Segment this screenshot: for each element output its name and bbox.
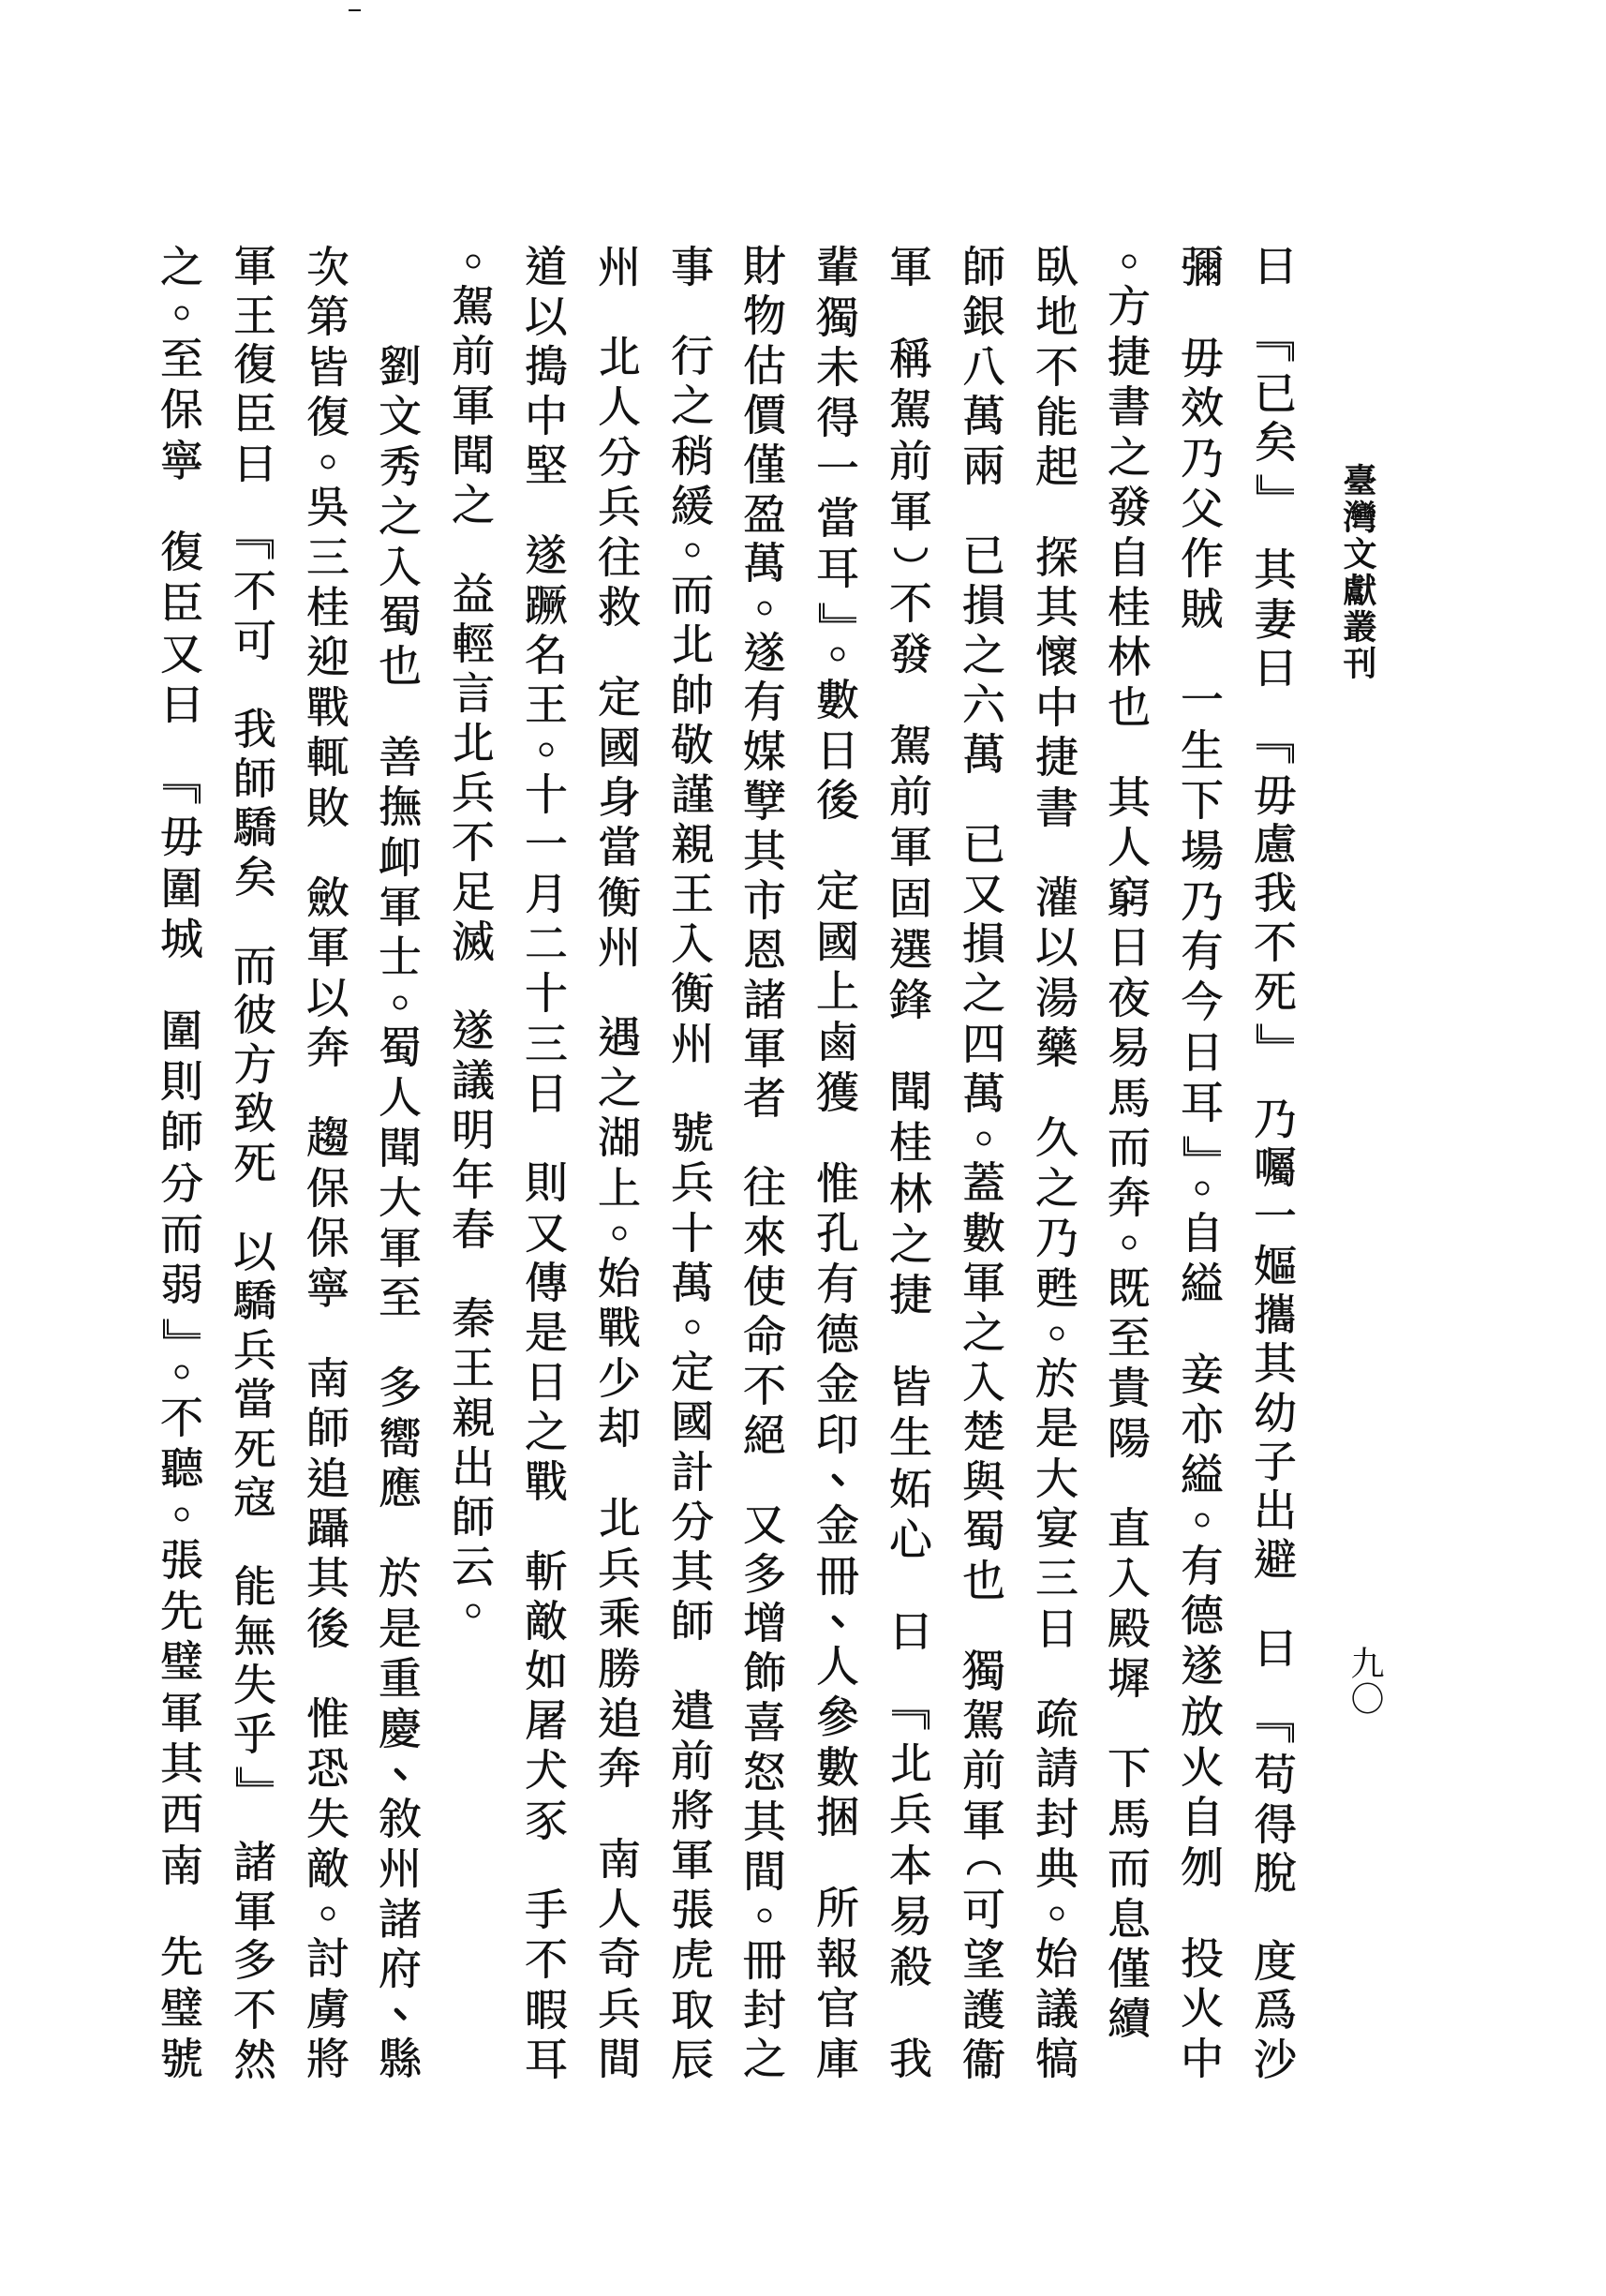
glyph: 官 — [809, 1984, 867, 2035]
glyph: 南 — [590, 1834, 648, 1884]
glyph: 今 — [1173, 977, 1231, 1027]
glyph: 惟 — [299, 1693, 357, 1743]
punctuation-mark: ， — [371, 692, 429, 732]
punctuation-mark: ， — [1100, 1463, 1158, 1503]
glyph: 自 — [1173, 1793, 1231, 1843]
glyph: 州 — [371, 1844, 429, 1894]
glyph: 媒 — [736, 727, 794, 777]
punctuation-mark: 。 — [371, 982, 429, 1022]
glyph: 虎 — [663, 1935, 721, 1985]
glyph: 州 — [590, 923, 648, 973]
punctuation-mark: ； — [153, 1891, 211, 1931]
glyph: 日 — [1028, 1603, 1086, 1653]
glyph: 死 — [226, 1424, 284, 1473]
glyph: 三 — [1028, 1554, 1086, 1603]
glyph: 耳 — [809, 544, 867, 594]
punctuation-mark: ， — [444, 529, 502, 569]
glyph: 直 — [1100, 1503, 1158, 1553]
glyph: 府 — [371, 1945, 429, 1994]
glyph: 刎 — [1173, 1842, 1231, 1893]
glyph: 爲 — [1246, 1986, 1304, 2035]
glyph: 而 — [1100, 1843, 1158, 1893]
glyph: 復 — [153, 527, 211, 577]
text-column-2: 彌；毋效乃父作賊，一生下場乃有今日耳』。自縊；妾亦縊。有德遂放火自刎，投火中 — [1173, 242, 1231, 2084]
punctuation-mark: ； — [590, 633, 648, 673]
text-column-13-paragraph-start: 劉文秀之入蜀也，善撫卹軍士。蜀人聞大軍至，多嚮應；於是重慶、敘州諸府、縣 — [371, 242, 429, 2084]
glyph: 不 — [1028, 342, 1086, 392]
glyph: 追 — [299, 1454, 357, 1503]
glyph: 人 — [809, 1641, 867, 1692]
glyph: 縣 — [371, 2035, 429, 2084]
glyph: 桂 — [882, 1117, 940, 1168]
glyph: 身 — [590, 772, 648, 822]
glyph: 也 — [1100, 682, 1158, 732]
glyph: 州 — [590, 242, 648, 291]
glyph: 子 — [1246, 1438, 1304, 1486]
glyph: 耳 — [517, 2035, 575, 2084]
glyph: 獲 — [809, 1067, 867, 1118]
glyph: 乘 — [590, 1593, 648, 1643]
punctuation-mark: ， — [371, 1323, 429, 1364]
glyph: 趨 — [299, 1113, 357, 1163]
glyph: 續 — [1100, 1994, 1158, 2044]
glyph: 不 — [1246, 918, 1304, 967]
punctuation-mark: ： — [882, 1657, 940, 1697]
glyph: 怒 — [736, 1747, 794, 1797]
punctuation-mark: 。 — [663, 1307, 721, 1348]
glyph: 少 — [590, 1353, 648, 1403]
glyph: 懷 — [1028, 633, 1086, 682]
glyph: 毋 — [1246, 771, 1304, 820]
glyph: 墀 — [1100, 1653, 1158, 1703]
glyph: 不 — [517, 1935, 575, 1985]
glyph: 使 — [736, 1262, 794, 1312]
glyph: 前 — [444, 331, 502, 380]
glyph: 遂 — [444, 1006, 502, 1055]
glyph: 其 — [1100, 772, 1158, 822]
glyph: 疏 — [1028, 1693, 1086, 1743]
glyph: 馬 — [1100, 1794, 1158, 1843]
glyph: 國 — [590, 723, 648, 772]
punctuation-mark: ， — [882, 1025, 940, 1066]
glyph: 計 — [663, 1447, 721, 1497]
glyph: 前 — [882, 435, 940, 485]
glyph: 兵 — [226, 1325, 284, 1375]
glyph: 皆 — [299, 342, 357, 392]
glyph: 又 — [736, 1499, 794, 1549]
glyph: 文 — [371, 391, 429, 440]
running-head-title: 臺灣文獻叢刊 — [1340, 463, 1376, 682]
glyph: 我 — [882, 2034, 940, 2084]
glyph: 保 — [299, 1213, 357, 1262]
glyph: 息 — [1100, 1894, 1158, 1944]
glyph: 親 — [444, 1393, 502, 1442]
glyph: 多 — [371, 1363, 429, 1412]
glyph: 孼 — [736, 777, 794, 827]
punctuation-mark: ， — [299, 1653, 357, 1693]
glyph: 萬 — [955, 391, 1013, 440]
glyph: 選 — [882, 924, 940, 975]
glyph: 增 — [736, 1599, 794, 1648]
glyph: 蜀 — [371, 591, 429, 641]
glyph: 已 — [955, 530, 1013, 580]
glyph: 蹶 — [517, 580, 575, 630]
glyph: 我 — [1246, 869, 1304, 917]
punctuation-mark: 』 — [226, 1759, 284, 1798]
glyph: 鋒 — [882, 975, 940, 1025]
glyph: 圍 — [153, 1006, 211, 1056]
glyph: 應 — [371, 1463, 429, 1513]
glyph: 堅 — [517, 441, 575, 491]
glyph: 屠 — [517, 1696, 575, 1746]
glyph: 奔 — [1100, 1173, 1158, 1223]
glyph: 僅 — [736, 440, 794, 489]
glyph: 聞 — [371, 1123, 429, 1172]
glyph: 取 — [663, 1985, 721, 2035]
glyph: 我 — [226, 705, 284, 754]
punctuation-mark: 』 — [1173, 1127, 1231, 1168]
glyph: 藥 — [1028, 1022, 1086, 1072]
glyph: 桂 — [1100, 582, 1158, 632]
glyph: 北 — [590, 332, 648, 381]
glyph: 避 — [1246, 1535, 1304, 1584]
punctuation-mark: ， — [517, 1118, 575, 1158]
glyph: 死 — [226, 1139, 284, 1188]
punctuation-mark: ； — [371, 1513, 429, 1554]
punctuation-mark: ， — [517, 1845, 575, 1886]
glyph: 二 — [517, 919, 575, 969]
punctuation-mark: 』 — [153, 1311, 211, 1351]
glyph: 第 — [299, 291, 357, 341]
punctuation-mark: ， — [1246, 1898, 1304, 1937]
punctuation-mark: ： — [1246, 693, 1304, 732]
glyph: 師 — [444, 1492, 502, 1542]
glyph: 兵 — [444, 768, 502, 817]
glyph: 軍 — [736, 1024, 794, 1074]
glyph: 稱 — [882, 334, 940, 384]
punctuation-mark: ， — [809, 826, 867, 866]
punctuation-mark: ！ — [226, 665, 284, 705]
glyph: 苟 — [1246, 1751, 1304, 1799]
glyph: 之 — [663, 381, 721, 431]
glyph: 投 — [1173, 1933, 1231, 1984]
glyph: 銀 — [955, 291, 1013, 341]
punctuation-mark: ， — [1028, 1073, 1086, 1113]
glyph: 其 — [153, 1738, 211, 1789]
glyph: 彼 — [226, 991, 284, 1040]
punctuation-mark: 。 — [1173, 1500, 1231, 1541]
punctuation-mark: 『 — [1246, 732, 1304, 771]
glyph: 西 — [153, 1789, 211, 1840]
text-column-3: 。方捷書之發自桂林也，其人窮日夜易馬而奔。既至貴陽，直入殿墀，下馬而息僅續， — [1100, 242, 1158, 2084]
punctuation-mark: 。 — [955, 1118, 1013, 1158]
glyph: 三 — [299, 532, 357, 582]
glyph: 復 — [299, 392, 357, 441]
glyph: 分 — [590, 432, 648, 482]
glyph: 云 — [444, 1542, 502, 1591]
glyph: 王 — [663, 870, 721, 919]
glyph: 軍 — [226, 242, 284, 291]
glyph: 又 — [517, 1208, 575, 1258]
glyph: 下 — [1100, 1744, 1158, 1794]
glyph: 驕 — [226, 803, 284, 853]
glyph: 分 — [663, 1497, 721, 1546]
glyph: 手 — [517, 1886, 575, 1935]
glyph: 典 — [1028, 1843, 1086, 1893]
glyph: 敘 — [371, 1794, 429, 1843]
glyph: 輩 — [809, 242, 867, 292]
text-column-6: 軍，稱駕前軍）不發；駕前軍固選鋒，聞桂林之捷，皆生妬心，曰：『北兵本易殺，我 — [882, 242, 940, 2084]
glyph: 縊 — [1173, 1450, 1231, 1500]
punctuation-mark: ？ — [226, 1798, 284, 1838]
glyph: 萬 — [663, 1258, 721, 1307]
glyph: 弱 — [153, 1260, 211, 1310]
glyph: 往 — [590, 532, 648, 582]
punctuation-mark: 、 — [809, 1460, 867, 1500]
glyph: 吳 — [299, 482, 357, 531]
punctuation-mark: 、 — [371, 1753, 429, 1794]
glyph: 日 — [517, 1068, 575, 1118]
punctuation-mark: ， — [882, 1992, 940, 2033]
glyph: 兵 — [590, 1543, 648, 1593]
glyph: 三 — [517, 1019, 575, 1068]
glyph: 遇 — [590, 1013, 648, 1063]
glyph: 日 — [809, 725, 867, 776]
punctuation-mark: ， — [1028, 1653, 1086, 1693]
punctuation-mark: 。 — [1028, 1313, 1086, 1353]
glyph: 以 — [1028, 923, 1086, 973]
glyph: 駕 — [444, 281, 502, 331]
glyph: 僅 — [1100, 1944, 1158, 1993]
glyph: 有 — [1173, 1541, 1231, 1591]
glyph: 湯 — [1028, 973, 1086, 1022]
glyph: 滅 — [444, 917, 502, 966]
glyph: 書 — [1100, 382, 1158, 432]
glyph: 緩 — [663, 481, 721, 530]
glyph: 之 — [1100, 432, 1158, 482]
glyph: 而 — [226, 941, 284, 991]
glyph: 人 — [590, 1884, 648, 1933]
glyph: 久 — [1028, 1113, 1086, 1163]
glyph: 方 — [1100, 282, 1158, 332]
glyph: 作 — [1173, 534, 1231, 585]
punctuation-mark: 『 — [153, 771, 211, 812]
glyph: 先 — [153, 1586, 211, 1636]
glyph: 軍 — [153, 1688, 211, 1738]
glyph: 分 — [153, 1158, 211, 1209]
glyph: 發 — [882, 629, 940, 679]
glyph: 失 — [226, 1661, 284, 1710]
text-column-15: 軍王復臣曰：『不可！我師驕矣，而彼方致死；以驕兵當死寇，能無失乎』？諸軍多不然 — [226, 242, 284, 2084]
glyph: 林 — [882, 1169, 940, 1219]
glyph: 奇 — [590, 1934, 648, 1984]
glyph: 不 — [226, 567, 284, 617]
glyph: 往 — [736, 1163, 794, 1213]
glyph: 報 — [809, 1933, 867, 1984]
glyph: 幼 — [1246, 1388, 1304, 1437]
glyph: 估 — [736, 341, 794, 391]
glyph: 寧 — [299, 1263, 357, 1313]
glyph: 其 — [299, 1554, 357, 1603]
glyph: 王 — [517, 680, 575, 730]
glyph: 大 — [371, 1172, 429, 1222]
glyph: 起 — [1028, 442, 1086, 492]
glyph: 損 — [955, 580, 1013, 630]
glyph: 捷 — [1100, 332, 1158, 381]
glyph: 當 — [590, 823, 648, 872]
glyph: 日 — [1173, 1027, 1231, 1078]
glyph: 躡 — [299, 1503, 357, 1553]
glyph: 易 — [1100, 1022, 1158, 1072]
glyph: 其 — [1028, 582, 1086, 632]
glyph: 馬 — [1100, 1073, 1158, 1123]
punctuation-mark: ： — [1246, 291, 1304, 330]
glyph: 恩 — [736, 925, 794, 975]
glyph: 地 — [1028, 291, 1086, 341]
glyph: 年 — [444, 1155, 502, 1204]
punctuation-mark: 。 — [736, 1896, 794, 1935]
glyph: 蜀 — [371, 1022, 429, 1072]
glyph: 卹 — [371, 832, 429, 882]
glyph: 北 — [444, 718, 502, 768]
glyph: 張 — [153, 1535, 211, 1586]
glyph: 殺 — [882, 1942, 940, 1992]
glyph: 其 — [1246, 1339, 1304, 1388]
punctuation-mark: ； — [882, 679, 940, 720]
glyph: 絕 — [736, 1410, 794, 1460]
glyph: 之 — [517, 1408, 575, 1457]
glyph: 是 — [517, 1307, 575, 1357]
glyph: 請 — [1028, 1744, 1086, 1794]
glyph: 鹵 — [809, 1017, 867, 1067]
glyph: 定 — [590, 672, 648, 722]
glyph: 當 — [809, 494, 867, 544]
glyph: 戰 — [517, 1457, 575, 1507]
glyph: 湖 — [590, 1113, 648, 1163]
punctuation-mark: ， — [1100, 1704, 1158, 1744]
glyph: 矣 — [1246, 418, 1304, 467]
glyph: 不 — [736, 1361, 794, 1410]
glyph: 始 — [590, 1253, 648, 1303]
glyph: 討 — [299, 1934, 357, 1984]
glyph: 來 — [736, 1213, 794, 1262]
glyph: 護 — [955, 1985, 1013, 2035]
glyph: 捷 — [1028, 733, 1086, 783]
glyph: 無 — [226, 1611, 284, 1661]
punctuation-mark: ， — [882, 1320, 940, 1361]
glyph: 本 — [882, 1840, 940, 1890]
glyph: 敬 — [663, 720, 721, 769]
glyph: 後 — [299, 1603, 357, 1653]
glyph: 軍 — [882, 486, 940, 537]
punctuation-mark: ， — [153, 486, 211, 527]
glyph: 四 — [955, 1019, 1013, 1068]
punctuation-mark: ， — [226, 902, 284, 941]
glyph: 場 — [1173, 826, 1231, 876]
glyph: 軍 — [955, 1796, 1013, 1845]
glyph: 又 — [955, 870, 1013, 919]
glyph: 不 — [444, 817, 502, 867]
glyph: 沙 — [1246, 2035, 1304, 2084]
glyph: 封 — [1028, 1794, 1086, 1843]
glyph: 月 — [517, 870, 575, 919]
glyph: 國 — [809, 917, 867, 967]
glyph: 生 — [1173, 725, 1231, 776]
glyph: 飾 — [736, 1648, 794, 1698]
glyph: 善 — [371, 732, 429, 782]
punctuation-mark: 、 — [809, 1601, 867, 1641]
glyph: 帥 — [663, 670, 721, 720]
glyph: 師 — [663, 1596, 721, 1646]
glyph: 軍 — [226, 1887, 284, 1937]
glyph: 一 — [809, 443, 867, 494]
glyph: 失 — [299, 1794, 357, 1843]
glyph: 敗 — [299, 783, 357, 832]
glyph: 已 — [955, 819, 1013, 869]
punctuation-mark: 。 — [517, 730, 575, 770]
punctuation-mark: （ — [955, 1845, 1013, 1886]
glyph: 入 — [663, 919, 721, 969]
glyph: 暇 — [517, 1985, 575, 2035]
glyph: 劉 — [371, 341, 429, 391]
glyph: 國 — [663, 1397, 721, 1447]
glyph: 市 — [736, 875, 794, 925]
scan-speck — [349, 9, 361, 11]
punctuation-mark: 。 — [1100, 242, 1158, 282]
glyph: 撫 — [371, 782, 429, 831]
glyph: 兵 — [663, 1158, 721, 1208]
glyph: 冊 — [736, 1935, 794, 1985]
glyph: 虜 — [299, 1984, 357, 2034]
punctuation-mark: ， — [590, 1454, 648, 1494]
punctuation-mark: 。 — [1028, 1894, 1086, 1934]
glyph: 辰 — [663, 2035, 721, 2084]
punctuation-mark: ： — [663, 1647, 721, 1687]
glyph: 師 — [299, 1403, 357, 1453]
glyph: 有 — [1173, 927, 1231, 977]
glyph: 彌 — [1173, 242, 1231, 292]
punctuation-mark: ： — [153, 730, 211, 770]
glyph: 衡 — [663, 969, 721, 1019]
glyph: 衡 — [590, 872, 648, 922]
glyph: 議 — [444, 1055, 502, 1105]
glyph: 其 — [736, 1797, 794, 1846]
page-number: 九〇 — [1346, 1646, 1382, 1717]
glyph: 毋 — [153, 812, 211, 862]
glyph: 生 — [882, 1412, 940, 1463]
glyph: 於 — [1028, 1353, 1086, 1403]
glyph: 價 — [736, 391, 794, 440]
glyph: 乎 — [226, 1709, 284, 1759]
glyph: 之 — [153, 242, 211, 292]
glyph: 號 — [153, 2034, 211, 2084]
punctuation-mark: ， — [590, 973, 648, 1013]
punctuation-mark: 『 — [882, 1697, 940, 1737]
glyph: 封 — [736, 1985, 794, 2035]
glyph: 謹 — [663, 769, 721, 819]
glyph: 不 — [226, 1986, 284, 2035]
glyph: 之 — [955, 631, 1013, 680]
glyph: 矣 — [226, 853, 284, 902]
glyph: 兵 — [590, 1984, 648, 2034]
punctuation-mark: ， — [809, 1842, 867, 1883]
punctuation-mark: ！ — [1246, 506, 1304, 545]
glyph: 輒 — [299, 733, 357, 783]
glyph: 者 — [736, 1074, 794, 1124]
glyph: 中 — [1028, 682, 1086, 732]
punctuation-mark: ； — [299, 1313, 357, 1353]
glyph: 所 — [809, 1883, 867, 1933]
